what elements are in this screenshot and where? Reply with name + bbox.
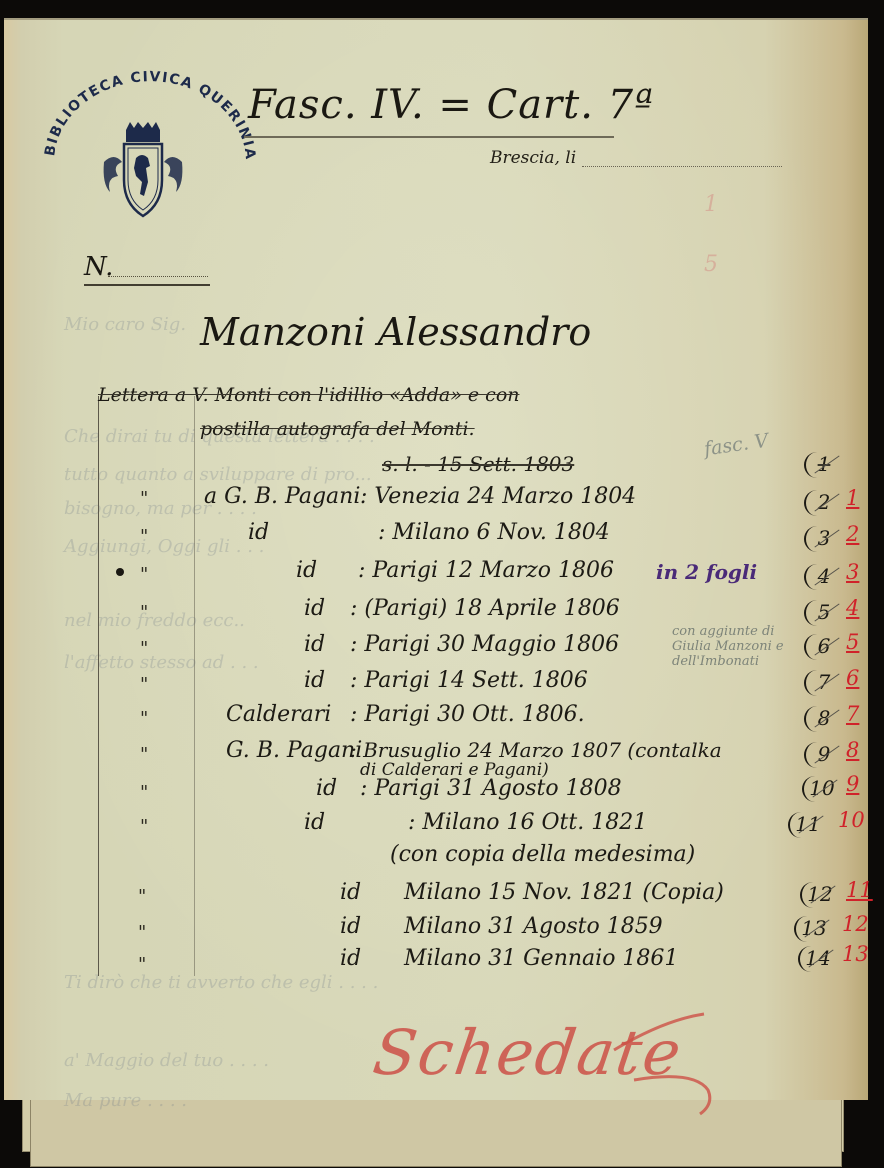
new-number: 4 (846, 596, 859, 620)
old-number: 14 (798, 946, 836, 972)
entry-recipient: id (304, 632, 325, 657)
bleed-through-text: a' Maggio del tuo . . . . (64, 1050, 269, 1071)
struck-entry-line-1: Lettera a V. Monti con l'idillio «Adda» … (98, 384, 520, 406)
number-label: N. (84, 252, 113, 282)
new-number: 12 (842, 912, 869, 936)
new-number: 11 (846, 878, 873, 902)
new-number: 8 (846, 738, 859, 762)
ditto-mark: " (138, 954, 146, 975)
new-number: 3 (846, 560, 859, 584)
entry-place-date: : Parigi 14 Sett. 1806 (350, 668, 588, 693)
old-number: 11 (788, 812, 826, 838)
bleed-through-text: Ma pure . . . . (64, 1090, 187, 1111)
ditto-mark: " (140, 782, 148, 803)
ditto-mark: " (140, 564, 148, 585)
document-page: Mio caro Sig. Che dirai tu di questa let… (4, 18, 868, 1100)
struck-entry-line-2: postilla autografa del Monti. (200, 418, 475, 440)
old-number: 3 (804, 526, 842, 552)
entry-recipient: id (340, 914, 361, 939)
column-rule (194, 396, 195, 976)
number-rule (84, 284, 210, 286)
ditto-mark: " (140, 674, 148, 695)
entry-recipient: Calderari (226, 702, 331, 727)
entry-place-date: : Parigi 12 Marzo 1806 (358, 558, 614, 583)
entry-place-date: : Brusuglio 24 Marzo 1807 (contalka (350, 738, 722, 762)
entry-note-purple: in 2 fogli (656, 560, 757, 584)
ditto-mark: " (138, 886, 146, 907)
entry-recipient: id (340, 880, 361, 905)
bleed-through-text: Mio caro Sig. (64, 314, 186, 335)
place-label: Brescia, li (490, 148, 576, 168)
column-rule (98, 396, 99, 976)
entry-place-date: : Milano 16 Ott. 1821 (408, 810, 647, 835)
pencil-note-fasc: fasc. V (703, 434, 769, 458)
bleed-through-text: l'affetto stesso ad . . . (64, 652, 259, 673)
old-number: 8 (804, 706, 842, 732)
entry-note-pencil: con aggiunte di Giulia Manzoni e dell'Im… (672, 624, 800, 669)
old-number: 4 (804, 564, 842, 590)
ditto-mark: " (140, 488, 148, 509)
entry-recipient: G. B. Pagani (226, 738, 362, 763)
new-number: 2 (846, 522, 859, 546)
faint-red-mark: 5 (704, 252, 718, 277)
entry-recipient: id (296, 558, 317, 583)
entry-recipient: id (316, 776, 337, 801)
author-name: Manzoni Alessandro (200, 310, 591, 354)
entry-place-date: : Parigi 31 Agosto 1808 (360, 776, 622, 801)
new-number: 7 (846, 702, 859, 726)
collocation-heading: Fasc. IV. = Cart. 7ª (248, 82, 654, 128)
bleed-through-text: tutto quanto a sviluppare di pro... (64, 464, 372, 485)
entry-recipient: id (304, 668, 325, 693)
old-number: 2 (804, 490, 842, 516)
entry-place-date: : Parigi 30 Maggio 1806 (350, 632, 619, 657)
letterhead: BIBLIOTECA CIVICA QUERINIANA (34, 60, 274, 230)
new-number: 1 (846, 486, 859, 510)
old-number: 9 (804, 742, 842, 768)
heading-rule (244, 136, 614, 138)
new-number: 9 (846, 772, 859, 796)
entry-recipient: id (248, 520, 269, 545)
entry-place-date: : Parigi 30 Ott. 1806. (350, 702, 585, 727)
bleed-through-text: Ti dirò che ti avverto che egli . . . . (64, 972, 378, 993)
entry-place-date: : Milano 6 Nov. 1804 (378, 520, 610, 545)
ditto-mark: " (138, 922, 146, 943)
ditto-mark: " (140, 526, 148, 547)
entry-place-date: Milano 31 Agosto 1859 (404, 914, 663, 939)
entry-place-date: : (Parigi) 18 Aprile 1806 (350, 596, 620, 621)
number-dotted-line (108, 276, 208, 277)
old-number: 12 (800, 882, 838, 908)
entry-recipient: a G. B. Pagani (204, 484, 360, 509)
new-number: 10 (838, 808, 865, 832)
entry-recipient: id (304, 810, 325, 835)
ink-dot (116, 568, 124, 576)
old-number: 13 (794, 916, 832, 942)
entry-note: (con copia della medesima) (390, 842, 695, 867)
ditto-mark: " (140, 744, 148, 765)
bleed-through-text: Aggiungi, Oggi gli . . . (64, 536, 264, 557)
ditto-mark: " (140, 602, 148, 623)
date-dotted-line (582, 166, 782, 167)
old-number: 1 (804, 452, 842, 478)
ditto-mark: " (140, 816, 148, 837)
entry-place-date: Milano 31 Gennaio 1861 (404, 946, 678, 971)
new-number: 13 (842, 942, 869, 966)
new-number: 6 (846, 666, 859, 690)
old-number: 7 (804, 670, 842, 696)
bleed-through-text: nel mio freddo ecc.. (64, 610, 245, 631)
ditto-mark: " (140, 708, 148, 729)
signature-flourish (604, 1010, 724, 1120)
coat-of-arms-icon (100, 122, 186, 222)
struck-entry-date: s. l. - 15 Sett. 1803 (382, 452, 574, 476)
old-number: 10 (802, 776, 840, 802)
faint-red-mark: 1 (704, 192, 718, 217)
new-number: 5 (846, 630, 859, 654)
entry-place-date: Milano 15 Nov. 1821 (Copia) (404, 880, 724, 905)
old-number: 5 (804, 600, 842, 626)
entry-recipient: id (340, 946, 361, 971)
old-number: 6 (804, 634, 842, 660)
entry-place-date: : Venezia 24 Marzo 1804 (360, 484, 636, 509)
entry-recipient: id (304, 596, 325, 621)
ditto-mark: " (140, 638, 148, 659)
